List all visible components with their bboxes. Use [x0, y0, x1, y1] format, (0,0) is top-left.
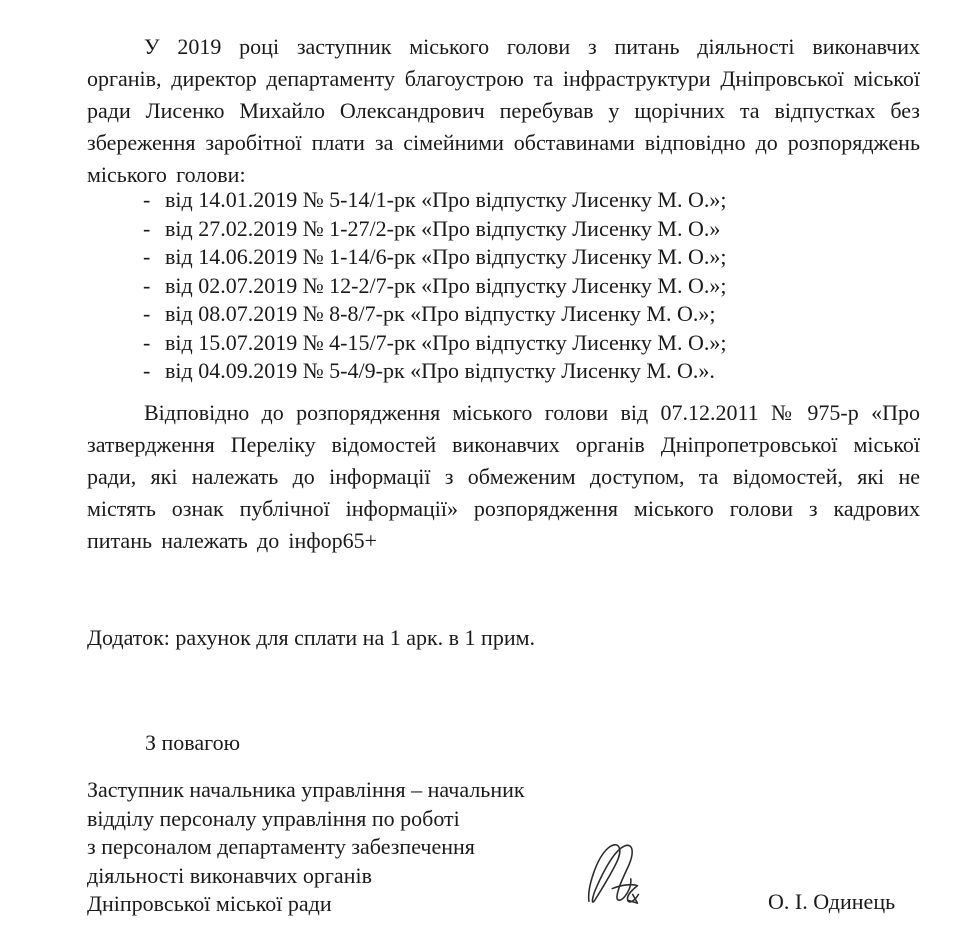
signer-title-line: діяльності виконавчих органів [87, 862, 525, 891]
signer-name: О. І. Одинець [768, 889, 895, 915]
paragraph-intro: У 2019 році заступник міського голови з … [87, 31, 920, 191]
list-item: - від 14.01.2019 № 5-14/1-рк «Про відпус… [143, 186, 726, 215]
list-bullet: - [143, 300, 165, 329]
order-text: від 08.07.2019 № 8-8/7-рк «Про відпустку… [165, 300, 715, 329]
paragraph-legal-basis: Відповідно до розпорядження міського гол… [87, 397, 920, 557]
attachment-line: Додаток: рахунок для сплати на 1 арк. в … [87, 624, 535, 652]
signer-title-line: відділу персоналу управління по роботі [87, 805, 525, 834]
signer-title-block: Заступник начальника управління – началь… [87, 776, 525, 919]
list-item: - від 27.02.2019 № 1-27/2-рк «Про відпус… [143, 215, 726, 244]
closing-salutation: З повагою [145, 729, 240, 757]
list-item: - від 08.07.2019 № 8-8/7-рк «Про відпуст… [143, 300, 726, 329]
list-item: - від 02.07.2019 № 12-2/7-рк «Про відпус… [143, 272, 726, 301]
order-text: від 27.02.2019 № 1-27/2-рк «Про відпустк… [165, 215, 720, 244]
signer-title-line: Дніпровської міської ради [87, 890, 525, 919]
list-bullet: - [143, 329, 165, 358]
list-item: - від 14.06.2019 № 1-14/6-рк «Про відпус… [143, 243, 726, 272]
order-text: від 14.01.2019 № 5-14/1-рк «Про відпустк… [165, 186, 726, 215]
order-text: від 04.09.2019 № 5-4/9-рк «Про відпустку… [165, 357, 715, 386]
list-bullet: - [143, 186, 165, 215]
order-text: від 02.07.2019 № 12-2/7-рк «Про відпустк… [165, 272, 726, 301]
list-item: - від 15.07.2019 № 4-15/7-рк «Про відпус… [143, 329, 726, 358]
orders-list: - від 14.01.2019 № 5-14/1-рк «Про відпус… [143, 186, 726, 386]
order-text: від 14.06.2019 № 1-14/6-рк «Про відпустк… [165, 243, 726, 272]
list-bullet: - [143, 215, 165, 244]
document-page: У 2019 році заступник міського голови з … [0, 0, 960, 945]
list-bullet: - [143, 272, 165, 301]
list-bullet: - [143, 243, 165, 272]
list-item: - від 04.09.2019 № 5-4/9-рк «Про відпуст… [143, 357, 726, 386]
signer-title-line: з персоналом департаменту забезпечення [87, 833, 525, 862]
signer-title-line: Заступник начальника управління – началь… [87, 776, 525, 805]
handwritten-signature-icon [582, 842, 660, 908]
list-bullet: - [143, 357, 165, 386]
order-text: від 15.07.2019 № 4-15/7-рк «Про відпустк… [165, 329, 726, 358]
